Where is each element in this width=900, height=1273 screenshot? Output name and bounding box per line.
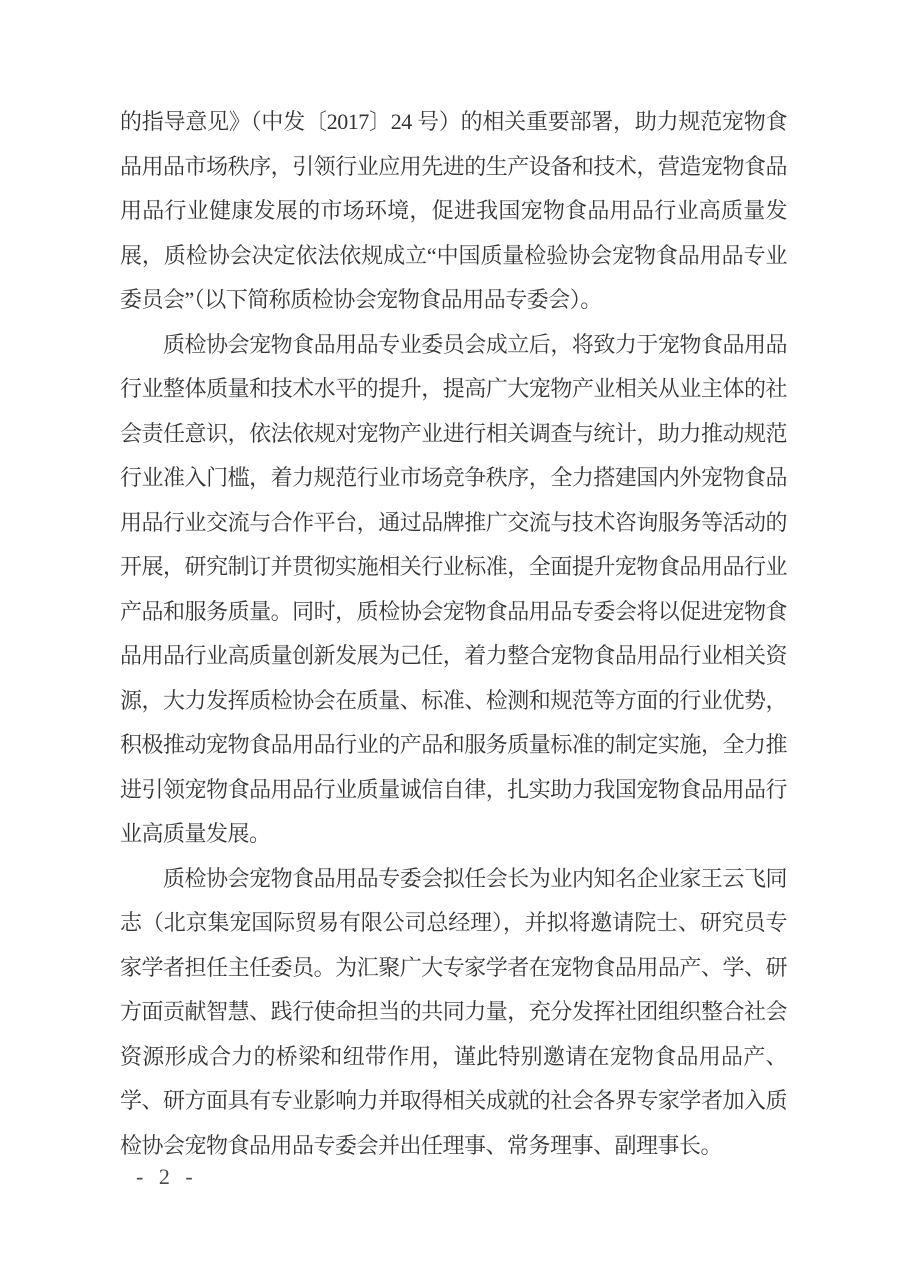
paragraph: 质检协会宠物食品用品专委会拟任会长为业内知名企业家王云飞同志（北京集宠国际贸易有…	[120, 857, 787, 1169]
page-footer: - 2 -	[136, 1160, 198, 1194]
document-page: 的指导意见》（中发〔2017〕24 号）的相关重要部署，助力规范宠物食品用品市场…	[0, 0, 900, 1273]
paragraph: 质检协会宠物食品用品专业委员会成立后，将致力于宠物食品用品行业整体质量和技术水平…	[120, 323, 787, 857]
document-body: 的指导意见》（中发〔2017〕24 号）的相关重要部署，助力规范宠物食品用品市场…	[120, 100, 787, 1168]
page-number: - 2 -	[136, 1164, 198, 1189]
paragraph-continued: 的指导意见》（中发〔2017〕24 号）的相关重要部署，助力规范宠物食品用品市场…	[120, 100, 787, 323]
